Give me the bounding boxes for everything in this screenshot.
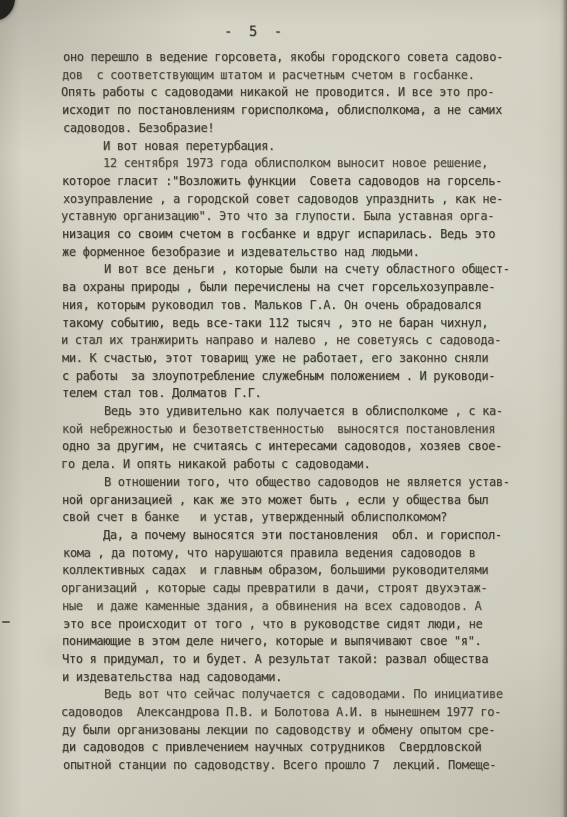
text-line: Ведь вот что сейчас получается с садовод… bbox=[63, 686, 532, 704]
text-line: же форменное безобразие и издевательство… bbox=[62, 244, 532, 262]
scan-artifact-right-edge bbox=[563, 0, 567, 817]
stray-pencil-dash bbox=[2, 621, 10, 623]
text-line: 12 сентября 1973 года облисполком выноси… bbox=[62, 155, 532, 173]
text-line: это все происходит от того , что в руков… bbox=[63, 616, 532, 634]
text-line: понимающие в этом деле ничего, которые и… bbox=[62, 633, 532, 651]
text-line: хозуправление , а городской совет садово… bbox=[63, 191, 532, 209]
text-line: И вот все деньги , которые были на счету… bbox=[63, 261, 532, 279]
text-line: низация со своим счетом в госбанке и вдр… bbox=[62, 226, 532, 244]
text-line: Да, а почему выносятся эти постановления… bbox=[62, 527, 532, 545]
text-line: го дела. И опять никакой работы с садово… bbox=[61, 456, 532, 474]
text-line: опытной станции по садоводству. Всего пр… bbox=[63, 757, 532, 775]
scan-artifact-corner-blot bbox=[0, 0, 15, 20]
text-line: ной организацией , как же это может быть… bbox=[62, 492, 532, 510]
text-line: Что я придумал, то и будет. А результат … bbox=[62, 651, 532, 669]
text-line: телем стал тов. Долматов Г.Г. bbox=[62, 385, 532, 403]
text-line: кой небрежностью и безответственностью в… bbox=[62, 421, 532, 439]
text-line: уставную организацию". Это что за глупос… bbox=[61, 208, 532, 226]
text-line: ди садоводов с привлечением научных сотр… bbox=[62, 739, 532, 757]
text-line: ния, которым руководил тов. Мальков Г.А.… bbox=[62, 297, 532, 315]
text-line: В отношении того, что общество садоводов… bbox=[63, 474, 532, 492]
text-line: ду были организованы лекции по садоводст… bbox=[62, 722, 532, 740]
typewritten-text: оно перешло в ведение горсовета, якобы г… bbox=[62, 49, 532, 775]
text-line: кома , да потому, что нарушаются правила… bbox=[63, 545, 532, 563]
text-line: которое гласит :"Возложить функции Совет… bbox=[62, 173, 532, 191]
text-line: ные и даже каменные здания, а обвинения … bbox=[62, 598, 532, 616]
text-line: садоводов. Безобразие! bbox=[63, 120, 532, 138]
scanned-document-page: - 5 - оно перешло в ведение горсовета, я… bbox=[0, 0, 567, 817]
text-line: такому событию, ведь все-таки 112 тысяч … bbox=[62, 315, 532, 333]
page-number: - 5 - bbox=[224, 24, 286, 40]
text-line: с работы за злоупотребление служебным по… bbox=[62, 368, 532, 386]
text-line: исходит по постановлениям горисполкома, … bbox=[62, 102, 532, 120]
text-line: свой счет в банке и устав, утвержденный … bbox=[62, 509, 532, 527]
text-line: ми. К счастью, этот товарищ уже не работ… bbox=[62, 350, 532, 368]
text-line: И вот новая перетурбация. bbox=[62, 138, 532, 156]
text-line: организаций , которые сады превратили в … bbox=[61, 580, 532, 598]
text-line: Ведь это удивительно как получается в об… bbox=[63, 403, 532, 421]
text-line: Опять работы с садоводами никакой не про… bbox=[61, 84, 532, 102]
text-line: и издевательства над садоводами. bbox=[62, 669, 532, 687]
text-line: и стал их транжирить направо и налево , … bbox=[61, 332, 532, 350]
text-line: коллективных садах и главным образом, бо… bbox=[62, 562, 532, 580]
text-line: дов с соответствующим штатом и расчетным… bbox=[62, 67, 532, 85]
text-line: ва охраны природы , были перечислены на … bbox=[62, 279, 532, 297]
text-line: садоводов Александрова П.В. и Болотова А… bbox=[61, 704, 532, 722]
text-line: оно перешло в ведение горсовета, якобы г… bbox=[63, 49, 532, 67]
text-line: одно за другим, не считаясь с интересами… bbox=[62, 438, 532, 456]
